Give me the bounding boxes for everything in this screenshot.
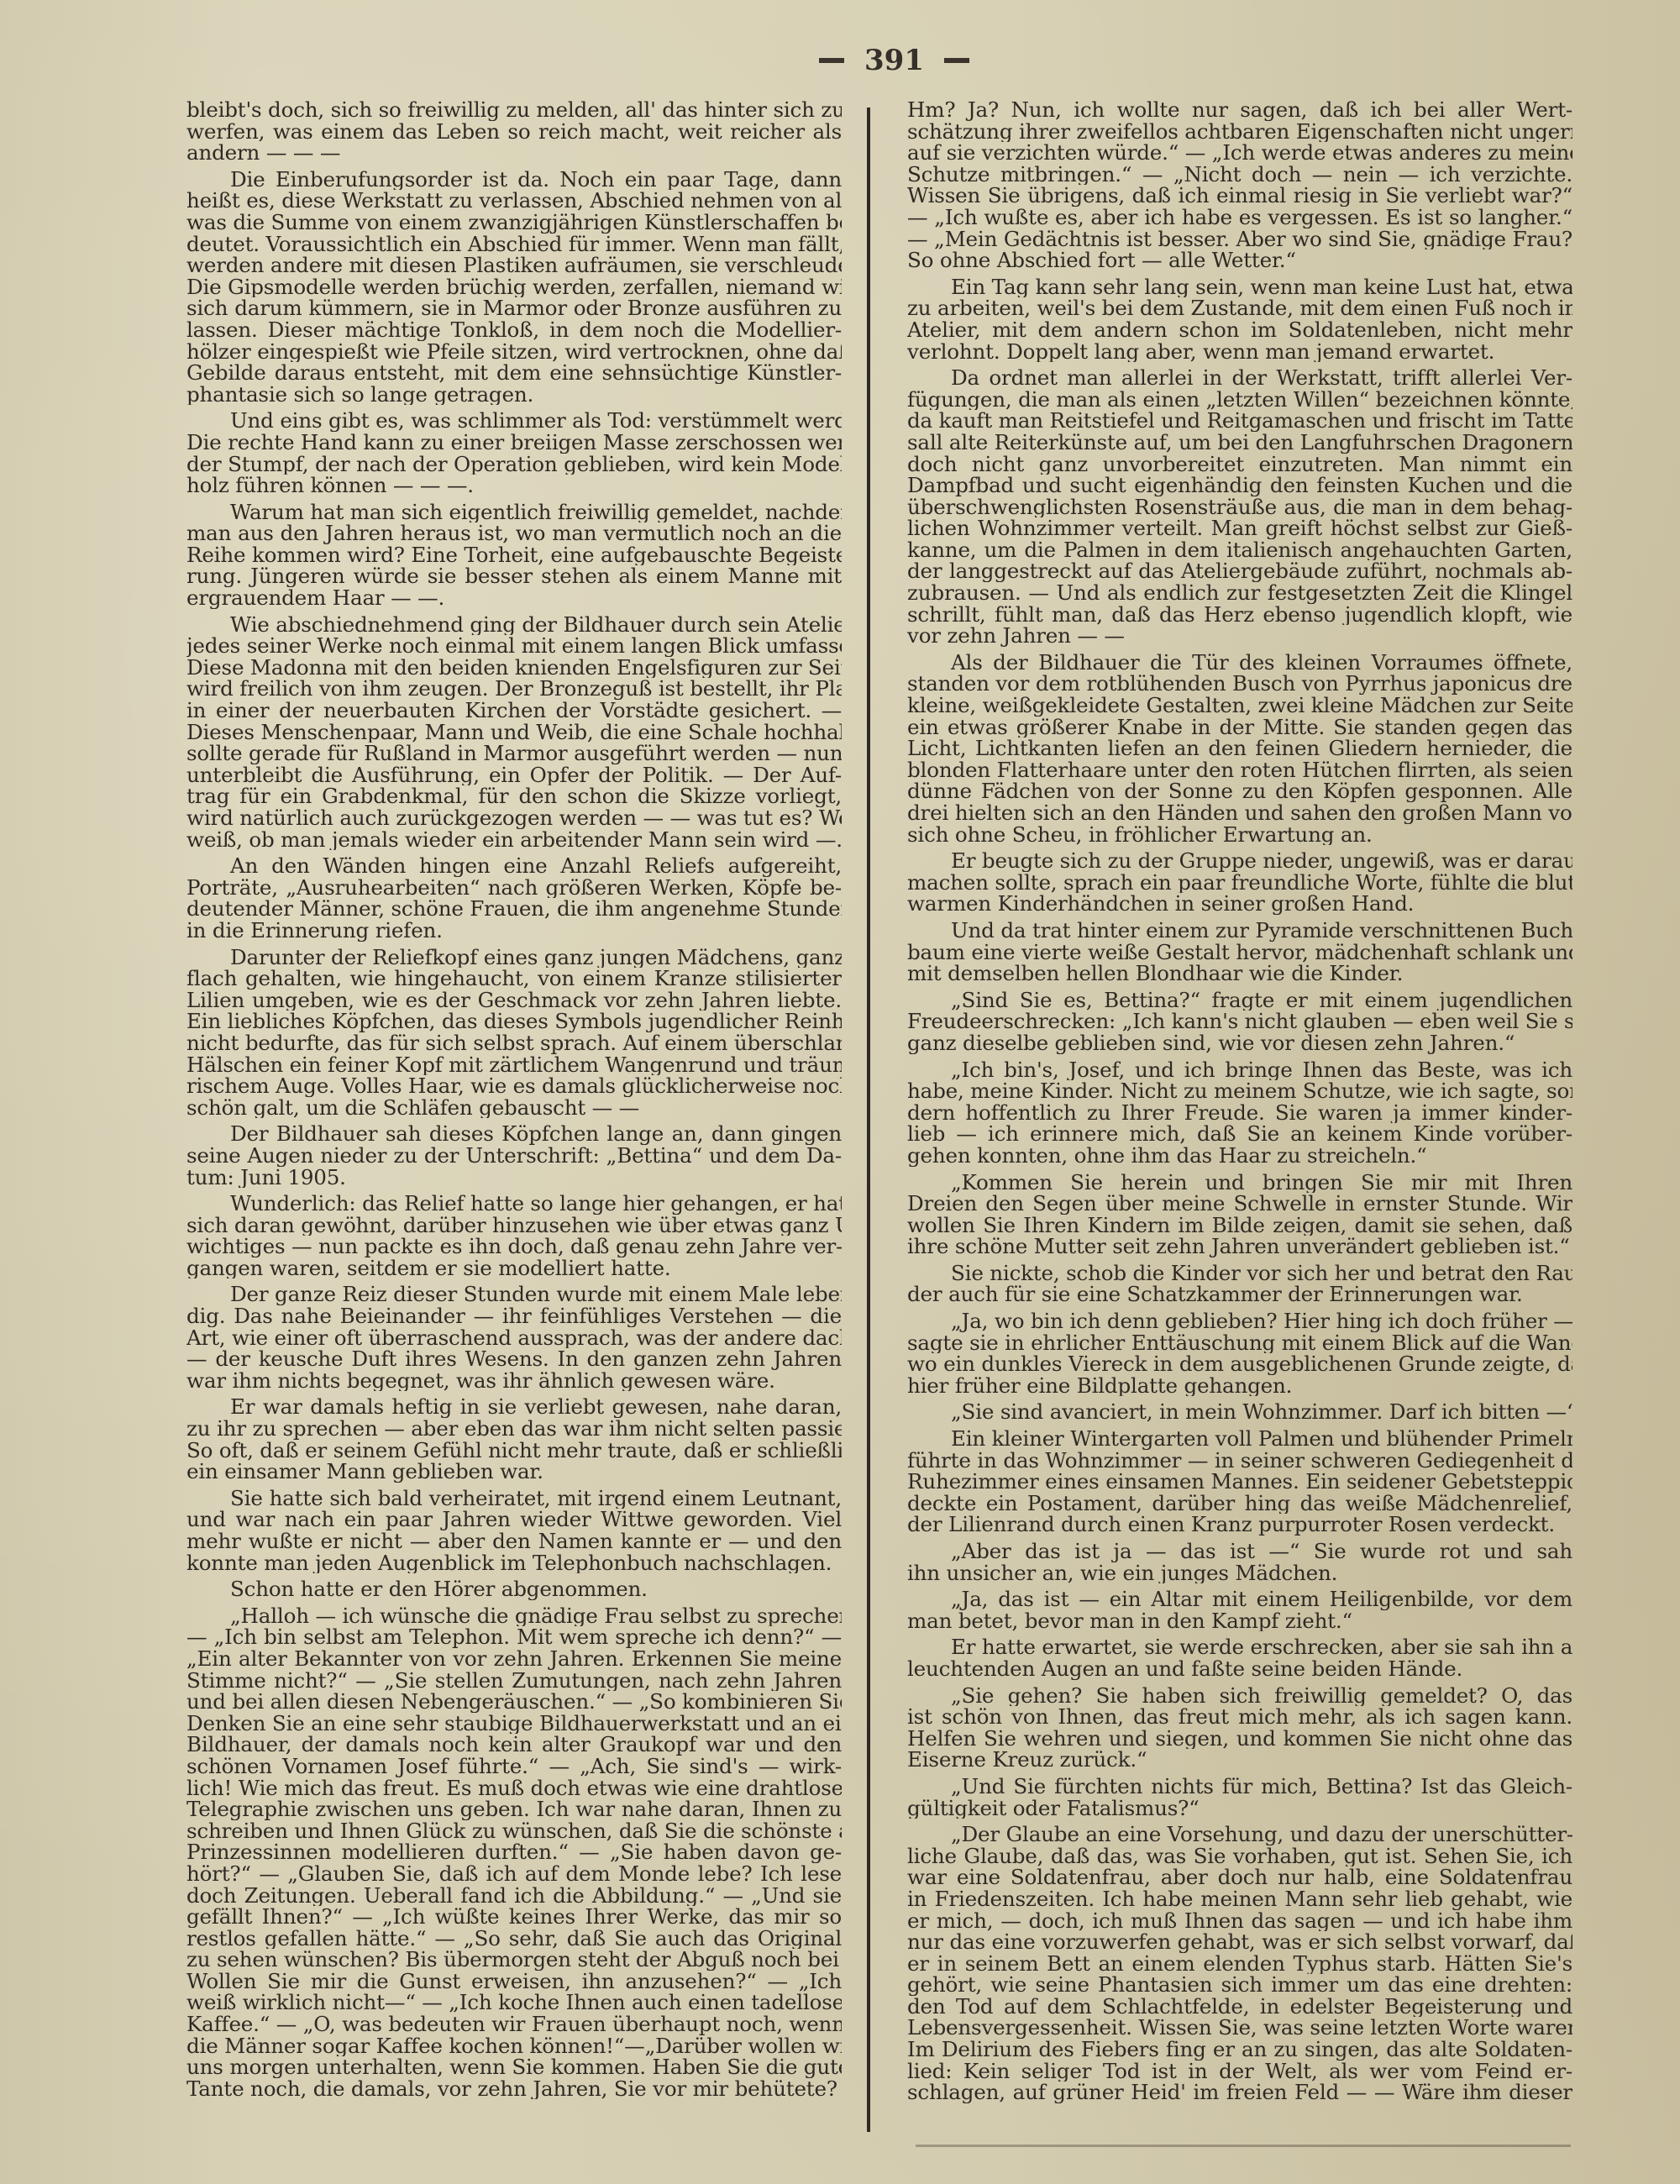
text-line: Reihe kommen wird? Eine Torheit, eine au… <box>186 544 842 566</box>
page-number: 391 <box>864 44 924 77</box>
text-line: gehen konnten, ohne ihm das Haar zu stre… <box>907 1145 1572 1167</box>
text-line: verlohnt. Doppelt lang aber, wenn man je… <box>907 341 1572 363</box>
text-line: gefällt Ihnen?“ — „Ich wüßte keines Ihre… <box>186 1906 842 1928</box>
text-line: werden andere mit diesen Plastiken aufrä… <box>186 255 842 276</box>
text-line: Denken Sie an eine sehr staubige Bildhau… <box>186 1713 842 1735</box>
text-line: überschwenglichsten Rosensträuße aus, di… <box>907 496 1572 518</box>
text-line: „Sind Sie es, Bettina?“ fragte er mit ei… <box>907 990 1572 1011</box>
text-line: dünne Fädchen von der Sonne zu den Köpfe… <box>907 780 1572 802</box>
text-line: Darunter der Reliefkopf eines ganz junge… <box>186 947 842 969</box>
text-line: konnte man jeden Augenblick im Telephonb… <box>186 1552 842 1574</box>
text-line: Als der Bildhauer die Tür des kleinen Vo… <box>907 652 1572 674</box>
text-line: deutender Männer, schöne Frauen, die ihm… <box>186 898 842 920</box>
text-line: rischem Auge. Volles Haar, wie es damals… <box>186 1075 842 1097</box>
text-line: der Lilienrand durch einen Kranz purpurr… <box>907 1514 1572 1536</box>
text-line: „Sie gehen? Sie haben sich freiwillig ge… <box>907 1685 1572 1707</box>
text-line: Wissen Sie übrigens, daß ich einmal ries… <box>907 185 1572 207</box>
text-line: den Tod auf dem Schlachtfelde, in edelst… <box>907 1996 1572 2018</box>
text-line: schlagen, auf grüner Heid' im freien Fel… <box>907 2082 1572 2103</box>
text-line: ein einsamer Mann geblieben war. <box>186 1461 842 1483</box>
text-line: Die Gipsmodelle werden brüchig werden, z… <box>186 276 842 298</box>
text-line: Hm? Ja? Nun, ich wollte nur sagen, daß i… <box>907 99 1572 121</box>
text-line: Stimme nicht?“ — „Sie stellen Zumutungen… <box>186 1670 842 1692</box>
text-line: dern hoffentlich zu Ihrer Freude. Sie wa… <box>907 1102 1572 1124</box>
text-line: Wollen Sie mir die Gunst erweisen, ihn a… <box>186 1971 842 1992</box>
text-line: zu ihr zu sprechen — aber eben das war i… <box>186 1418 842 1440</box>
text-line: lied: Kein seliger Tod ist in der Welt, … <box>907 2061 1572 2082</box>
text-line: ergrauendem Haar — —. <box>186 587 842 609</box>
text-line: — „Mein Gedächtnis ist besser. Aber wo s… <box>907 228 1572 250</box>
text-line: hört?“ — „Glauben Sie, daß ich auf dem M… <box>186 1863 842 1885</box>
page-header: 391 <box>819 44 969 77</box>
text-line: kleine, weißgekleidete Gestalten, zwei k… <box>907 695 1572 717</box>
torn-bottom-edge <box>916 2145 1571 2147</box>
text-line: weiß wirklich nicht—“ — „Ich koche Ihnen… <box>186 1992 842 2013</box>
text-line: deutet. Voraussichtlich ein Abschied für… <box>186 234 842 255</box>
text-line: So oft, daß er seinem Gefühl nicht mehr … <box>186 1440 842 1462</box>
text-line: Dampfbad und sucht eigenhändig den feins… <box>907 475 1572 496</box>
text-line: drei hielten sich an den Händen und sahe… <box>907 802 1572 824</box>
text-line: baum eine vierte weiße Gestalt hervor, m… <box>907 942 1572 963</box>
text-line: tum: Juni 1905. <box>186 1167 842 1189</box>
text-line: Porträte, „Ausruhearbeiten“ nach größere… <box>186 877 842 899</box>
text-line: und war nach ein paar Jahren wieder Witt… <box>186 1509 842 1530</box>
text-line: schön galt, um die Schläfen gebauscht — … <box>186 1097 842 1119</box>
text-line: sagte sie in ehrlicher Enttäuschung mit … <box>907 1332 1572 1354</box>
text-line: Lebensvergessenheit. Wissen Sie, was sei… <box>907 2017 1572 2039</box>
text-line: So ohne Abschied fort — alle Wetter.“ <box>907 249 1572 271</box>
text-line: „Und Sie fürchten nichts für mich, Betti… <box>907 1776 1572 1798</box>
text-line: Ruhezimmer eines einsamen Mannes. Ein se… <box>907 1471 1572 1493</box>
text-line: Er beugte sich zu der Gruppe nieder, ung… <box>907 850 1572 872</box>
text-line: hölzer eingespießt wie Pfeile sitzen, wi… <box>186 341 842 363</box>
text-line: weiß, ob man jemals wieder ein arbeitend… <box>186 829 842 851</box>
text-line: der Stumpf, der nach der Operation gebli… <box>186 454 842 475</box>
text-line: nicht bedurfte, das für sich selbst spra… <box>186 1032 842 1054</box>
text-line: zu arbeiten, weil's bei dem Zustande, mi… <box>907 297 1572 319</box>
text-line: Die rechte Hand kann zu einer breiigen M… <box>186 432 842 454</box>
text-line: Bildhauer, der damals noch kein alter Gr… <box>186 1734 842 1756</box>
column-divider-rule <box>867 108 870 2132</box>
text-line: Schutze mitbringen.“ — „Nicht doch — nei… <box>907 164 1572 186</box>
text-line: „Halloh — ich wünsche die gnädige Frau s… <box>186 1605 842 1627</box>
text-line: „Der Glaube an eine Vorsehung, und dazu … <box>907 1824 1572 1845</box>
text-line: schätzung ihrer zweifellos achtbaren Eig… <box>907 121 1572 143</box>
text-line: Tante noch, die damals, vor zehn Jahren,… <box>186 2078 842 2100</box>
text-line: habe, meine Kinder. Nicht zu meinem Schu… <box>907 1080 1572 1102</box>
text-line: lieb — ich erinnere mich, daß Sie an kei… <box>907 1123 1572 1145</box>
text-line: er in seinem Bett an einem elenden Typhu… <box>907 1953 1572 1975</box>
text-line: Freudeerschrecken: „Ich kann's nicht gla… <box>907 1011 1572 1032</box>
text-line: wird natürlich auch zurückgezogen werden… <box>186 807 842 829</box>
text-line: Helfen Sie wehren und siegen, und kommen… <box>907 1728 1572 1750</box>
text-line: ihn unsicher an, wie ein junges Mädchen. <box>907 1562 1572 1584</box>
text-line: unterbleibt die Ausführung, ein Opfer de… <box>186 764 842 786</box>
left-column: bleibt's doch, sich so freiwillig zu mel… <box>186 99 842 2099</box>
text-line: wo ein dunkles Viereck in dem ausgeblich… <box>907 1353 1572 1375</box>
text-line: trag für ein Grabdenkmal, für den schon … <box>186 785 842 807</box>
text-line: Lilien umgeben, wie es der Geschmack vor… <box>186 990 842 1011</box>
text-line: liche Glaube, daß das, was Sie vorhaben,… <box>907 1845 1572 1867</box>
text-line: phantasie sich so lange getragen. <box>186 384 842 406</box>
text-line: der auch für sie eine Schatzkammer der E… <box>907 1284 1572 1305</box>
text-line: sich ohne Scheu, in fröhlicher Erwartung… <box>907 824 1572 846</box>
text-line: sall alte Reiterkünste auf, um bei den L… <box>907 432 1572 454</box>
text-line: mehr wußte er nicht — aber den Namen kan… <box>186 1530 842 1552</box>
text-line: — „Ich wußte es, aber ich habe es verges… <box>907 207 1572 228</box>
text-line: Sie nickte, schob die Kinder vor sich he… <box>907 1263 1572 1284</box>
text-line: Gebilde daraus entsteht, mit dem eine se… <box>186 362 842 384</box>
text-line: Kaffee.“ — „O, was bedeuten wir Frauen ü… <box>186 2013 842 2035</box>
right-column: Hm? Ja? Nun, ich wollte nur sagen, daß i… <box>907 99 1572 2103</box>
text-line: Warum hat man sich eigentlich freiwillig… <box>186 501 842 523</box>
text-line: die Männer sogar Kaffee kochen können!“—… <box>186 2035 842 2057</box>
text-line: leuchtenden Augen an und faßte seine bei… <box>907 1658 1572 1680</box>
text-line: flach gehalten, wie hingehaucht, von ein… <box>186 968 842 990</box>
text-line: Sie hatte sich bald verheiratet, mit irg… <box>186 1488 842 1509</box>
text-line: da kauft man Reitstiefel und Reitgamasch… <box>907 410 1572 432</box>
text-line: lassen. Dieser mächtige Tonkloß, in dem … <box>186 319 842 341</box>
text-line: Telegraphie zwischen uns geben. Ich war … <box>186 1798 842 1820</box>
text-line: wird freilich von ihm zeugen. Der Bronze… <box>186 678 842 700</box>
text-line: lich! Wie mich das freut. Es muß doch et… <box>186 1777 842 1799</box>
text-line: Ein Tag kann sehr lang sein, wenn man ke… <box>907 276 1572 298</box>
text-line: Er war damals heftig in sie verliebt gew… <box>186 1396 842 1418</box>
text-line: Art, wie einer oft überraschend aussprac… <box>186 1327 842 1349</box>
text-line: „Aber das ist ja — das ist —“ Sie wurde … <box>907 1541 1572 1562</box>
text-line: nur das eine vorzuwerfen gehabt, was er … <box>907 1931 1572 1953</box>
text-line: „Sie sind avanciert, in mein Wohnzimmer.… <box>907 1401 1572 1423</box>
text-line: jedes seiner Werke noch einmal mit einem… <box>186 635 842 657</box>
text-line: schönen Vornamen Josef führte.“ — „Ach, … <box>186 1756 842 1777</box>
text-line: doch Zeitungen. Ueberall fand ich die Ab… <box>186 1885 842 1907</box>
text-line: sich daran gewöhnt, darüber hinzusehen w… <box>186 1215 842 1236</box>
text-line: Dreien den Segen über meine Schwelle in … <box>907 1193 1572 1215</box>
header-dash-right <box>944 58 969 63</box>
text-line: kanne, um die Palmen in dem italienisch … <box>907 539 1572 561</box>
text-line: was die Summe von einem zwanzigjährigen … <box>186 212 842 234</box>
text-line: Ein kleiner Wintergarten voll Palmen und… <box>907 1428 1572 1450</box>
text-line: heißt es, diese Werkstatt zu verlassen, … <box>186 190 842 212</box>
text-line: gehört, wie seine Phantasien sich immer … <box>907 1974 1572 1996</box>
text-line: ist schön von Ihnen, das freut mich mehr… <box>907 1706 1572 1728</box>
text-line: Wie abschiednehmend ging der Bildhauer d… <box>186 614 842 636</box>
text-line: sollte gerade für Rußland in Marmor ausg… <box>186 743 842 764</box>
text-line: schreiben und Ihnen Glück zu wünschen, d… <box>186 1820 842 1842</box>
text-line: in die Erinnerung riefen. <box>186 920 842 942</box>
text-line: ihre schöne Mutter seit zehn Jahren unve… <box>907 1236 1572 1257</box>
text-line: uns morgen unterhalten, wenn Sie kommen.… <box>186 2056 842 2078</box>
text-line: auf sie verzichten würde.“ — „Ich werde … <box>907 142 1572 164</box>
text-line: in einer der neuerbauten Kirchen der Vor… <box>186 700 842 722</box>
text-line: Da ordnet man allerlei in der Werkstatt,… <box>907 367 1572 389</box>
text-line: war ihm nichts begegnet, was ihr ähnlich… <box>186 1370 842 1392</box>
text-line: Prinzessinnen modellieren durften.“ — „S… <box>186 1841 842 1863</box>
text-line: hier früher eine Bildplatte gehangen. <box>907 1375 1572 1397</box>
text-line: Hälschen ein feiner Kopf mit zärtlichem … <box>186 1054 842 1076</box>
text-line: restlos gefallen hätte.“ — „So sehr, daß… <box>186 1928 842 1950</box>
text-line: Und eins gibt es, was schlimmer als Tod:… <box>186 410 842 432</box>
text-line: bleibt's doch, sich so freiwillig zu mel… <box>186 99 842 121</box>
text-line: zu sehen wünschen? Bis übermorgen steht … <box>186 1949 842 1971</box>
text-line: war eine Soldatenfrau, aber doch nur hal… <box>907 1866 1572 1888</box>
text-line: doch nicht ganz unvorbereitet einzutrete… <box>907 454 1572 475</box>
text-line: lichen Wohnzimmer verteilt. Man greift h… <box>907 517 1572 539</box>
text-line: fügungen, die man als einen „letzten Wil… <box>907 389 1572 411</box>
text-line: gültigkeit oder Fatalismus?“ <box>907 1798 1572 1819</box>
text-line: sich darum kümmern, sie in Marmor oder B… <box>186 297 842 319</box>
text-line: vor zehn Jahren — — <box>907 625 1572 647</box>
text-line: gangen waren, seitdem er sie modelliert … <box>186 1257 842 1279</box>
text-line: Schon hatte er den Hörer abgenommen. <box>186 1578 842 1600</box>
text-line: er mich, — doch, ich muß Ihnen das sagen… <box>907 1910 1572 1932</box>
text-line: ganz dieselbe geblieben sind, wie vor di… <box>907 1032 1572 1054</box>
text-line: in Friedenszeiten. Ich habe meinen Mann … <box>907 1888 1572 1910</box>
text-line: Wunderlich: das Relief hatte so lange hi… <box>186 1193 842 1215</box>
text-line: man aus den Jahren heraus ist, wo man ve… <box>186 522 842 544</box>
text-line: Der ganze Reiz dieser Stunden wurde mit … <box>186 1284 842 1305</box>
text-line: dig. Das nahe Beieinander — ihr feinfühl… <box>186 1305 842 1327</box>
text-line: man betet, bevor man in den Kampf zieht.… <box>907 1610 1572 1632</box>
text-line: „Ja, das ist — ein Altar mit einem Heili… <box>907 1588 1572 1610</box>
text-line: Eiserne Kreuz zurück.“ <box>907 1749 1572 1771</box>
text-line: Ein liebliches Köpfchen, das dieses Symb… <box>186 1011 842 1032</box>
text-line: blonden Flatterhaare unter den roten Hüt… <box>907 759 1572 781</box>
text-line: schrillt, fühlt man, daß das Herz ebenso… <box>907 604 1572 626</box>
text-line: ein etwas größerer Knabe in der Mitte. S… <box>907 717 1572 738</box>
text-line: mit demselben hellen Blondhaar wie die K… <box>907 963 1572 984</box>
text-line: „Ich bin's, Josef, und ich bringe Ihnen … <box>907 1059 1572 1081</box>
text-line: holz führen können — — —. <box>186 475 842 496</box>
text-line: Atelier, mit dem andern schon im Soldate… <box>907 319 1572 341</box>
text-line: der langgestreckt auf das Ateliergebäude… <box>907 560 1572 582</box>
text-line: und bei allen diesen Nebengeräuschen.“ —… <box>186 1691 842 1713</box>
text-line: warmen Kinderhändchen in seiner großen H… <box>907 893 1572 915</box>
text-line: zubrausen. — Und als endlich zur festges… <box>907 582 1572 604</box>
text-line: werfen, was einem das Leben so reich mac… <box>186 121 842 143</box>
text-line: seine Augen nieder zu der Unterschrift: … <box>186 1145 842 1167</box>
text-line: wollen Sie Ihren Kindern im Bilde zeigen… <box>907 1215 1572 1236</box>
text-line: Dieses Menschenpaar, Mann und Weib, die … <box>186 722 842 743</box>
text-line: standen vor dem rotblühenden Busch von P… <box>907 673 1572 695</box>
text-line: rung. Jüngeren würde sie besser stehen a… <box>186 565 842 587</box>
text-line: andern — — — <box>186 142 842 164</box>
text-line: Licht, Lichtkanten liefen an den feinen … <box>907 738 1572 759</box>
text-line: Im Delirium des Fiebers fing er an zu si… <box>907 2039 1572 2061</box>
text-line: „Kommen Sie herein und bringen Sie mir m… <box>907 1172 1572 1194</box>
text-line: Die Einberufungsorder ist da. Noch ein p… <box>186 169 842 191</box>
text-line: „Ein alter Bekannter von vor zehn Jahren… <box>186 1648 842 1670</box>
text-line: Und da trat hinter einem zur Pyramide ve… <box>907 920 1572 942</box>
text-line: Er hatte erwartet, sie werde erschrecken… <box>907 1636 1572 1658</box>
header-dash-left <box>819 58 844 63</box>
text-line: — „Ich bin selbst am Telephon. Mit wem s… <box>186 1626 842 1648</box>
text-line: führte in das Wohnzimmer — in seiner sch… <box>907 1450 1572 1472</box>
text-line: deckte ein Postament, darüber hing das w… <box>907 1493 1572 1515</box>
text-line: wichtiges — nun packte es ihn doch, daß … <box>186 1236 842 1257</box>
text-line: — der keusche Duft ihres Wesens. In den … <box>186 1348 842 1370</box>
text-line: machen sollte, sprach ein paar freundlic… <box>907 872 1572 894</box>
text-line: Diese Madonna mit den beiden knienden En… <box>186 657 842 679</box>
text-line: Der Bildhauer sah dieses Köpfchen lange … <box>186 1123 842 1145</box>
text-line: „Ja, wo bin ich denn geblieben? Hier hin… <box>907 1310 1572 1332</box>
text-line: An den Wänden hingen eine Anzahl Reliefs… <box>186 855 842 877</box>
